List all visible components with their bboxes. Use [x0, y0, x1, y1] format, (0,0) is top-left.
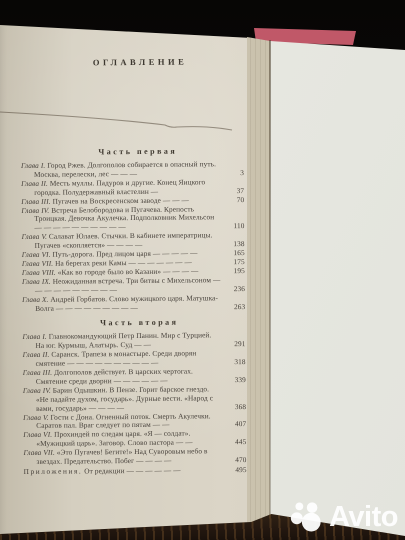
- part2-heading: Часть вторая: [30, 317, 248, 328]
- chapter-label: Глава VI.: [22, 250, 53, 259]
- part1-entries: Глава I. Город Ржев. Долгополов собирает…: [21, 160, 248, 313]
- toc-entry: Глава VII. «Это Пугачев! Бегите!» Над Су…: [23, 447, 249, 467]
- entry-text: Месть муллы. Падуров и другие. Конец Яиц…: [34, 177, 205, 196]
- entry-text: Гости с Дона. Огненный поток. Смерть Аку…: [36, 411, 211, 430]
- entry-text: Главнокомандующий Петр Панин. Мир с Турц…: [35, 331, 211, 350]
- chapter-label: Глава II.: [23, 350, 52, 359]
- entry-text: Барин Одышкин. В Пензе. Горит барское гн…: [36, 384, 213, 412]
- chapter-label: Глава III.: [21, 196, 52, 205]
- toc-entry: Глава IV. Барин Одышкин. В Пензе. Горит …: [23, 385, 249, 414]
- page-title: ОГЛАВЛЕНИЕ: [34, 56, 246, 68]
- chapter-label: Глава I.: [21, 161, 47, 170]
- entry-text: Прохиндей по следам царя. «Я — солдат». …: [36, 429, 192, 448]
- chapter-label: Глава I.: [22, 332, 48, 341]
- chapter-label: Глава IV.: [21, 205, 51, 214]
- book-photo: ОГЛАВЛЕНИЕ Часть первая Глава I. Город Р…: [0, 0, 405, 540]
- page-number: 263: [234, 303, 245, 312]
- chapter-label: Глава IV.: [23, 386, 53, 395]
- part2-entries: Глава I. Главнокомандующий Петр Панин. М…: [22, 331, 249, 467]
- chapter-label: Глава IX.: [22, 277, 53, 286]
- appendix-page-number: 495: [235, 466, 246, 475]
- entry-text: Город Ржев. Долгополов собирается в опас…: [34, 159, 216, 178]
- chapter-label: Глава III.: [23, 368, 54, 377]
- appendix-text: От редакции — — — — — —: [84, 466, 180, 476]
- page-gutter-crease: [269, 40, 271, 518]
- chapter-label: Глава VII.: [23, 448, 56, 457]
- entry-text: Долгополов действует. В царских чертогах…: [36, 367, 193, 386]
- page-number: 195: [234, 267, 245, 276]
- chapter-label: Глава X.: [22, 294, 50, 303]
- page-number: 407: [235, 421, 246, 430]
- entry-text: Андрей Горбатов. Слово мужицкого царя. М…: [35, 293, 218, 313]
- avito-wordmark: Avito: [329, 503, 398, 532]
- page-number: 339: [235, 376, 246, 385]
- avito-watermark: Avito: [290, 500, 398, 534]
- page-number: 236: [234, 285, 245, 294]
- toc-entry: Глава X. Андрей Горбатов. Слово мужицког…: [22, 294, 248, 314]
- page-number: 110: [233, 222, 244, 231]
- page-number: 70: [237, 196, 245, 205]
- page-number: 291: [234, 340, 245, 349]
- avito-logo-icon: [290, 500, 324, 534]
- toc-entry: Глава IV. Встреча Белобородова и Пугачев…: [21, 205, 247, 234]
- chapter-label: Глава VI.: [23, 430, 54, 439]
- entry-text: Встреча Белобородова и Пугачева. Крепост…: [34, 204, 214, 232]
- page-number: 3: [240, 169, 244, 178]
- chapter-label: Глава V.: [22, 232, 49, 241]
- page-number: 470: [235, 456, 246, 465]
- entry-text: Салават Юлаев. Стычки. В кабинете импера…: [35, 231, 213, 250]
- page-number: 368: [235, 403, 246, 412]
- entry-text: Саранск. Трапеза в монастыре. Среди двор…: [36, 349, 197, 368]
- entry-text: Неожиданная встреча. Три битвы с Михельс…: [35, 275, 220, 295]
- chapter-label: Глава V.: [23, 412, 50, 421]
- entry-text: «Это Пугачев! Бегите!» Над Суворовым неб…: [36, 447, 207, 466]
- table-of-contents: ОГЛАВЛЕНИЕ Часть первая Глава I. Город Р…: [20, 56, 250, 477]
- page-number: 445: [235, 438, 246, 447]
- chapter-label: Глава VIII.: [22, 268, 58, 277]
- page-number: 318: [234, 358, 245, 367]
- chapter-label: Глава VII.: [22, 259, 55, 268]
- chapter-label: Глава II.: [21, 179, 50, 188]
- part1-heading: Часть первая: [29, 146, 247, 157]
- appendix-label: Приложения.: [24, 466, 83, 476]
